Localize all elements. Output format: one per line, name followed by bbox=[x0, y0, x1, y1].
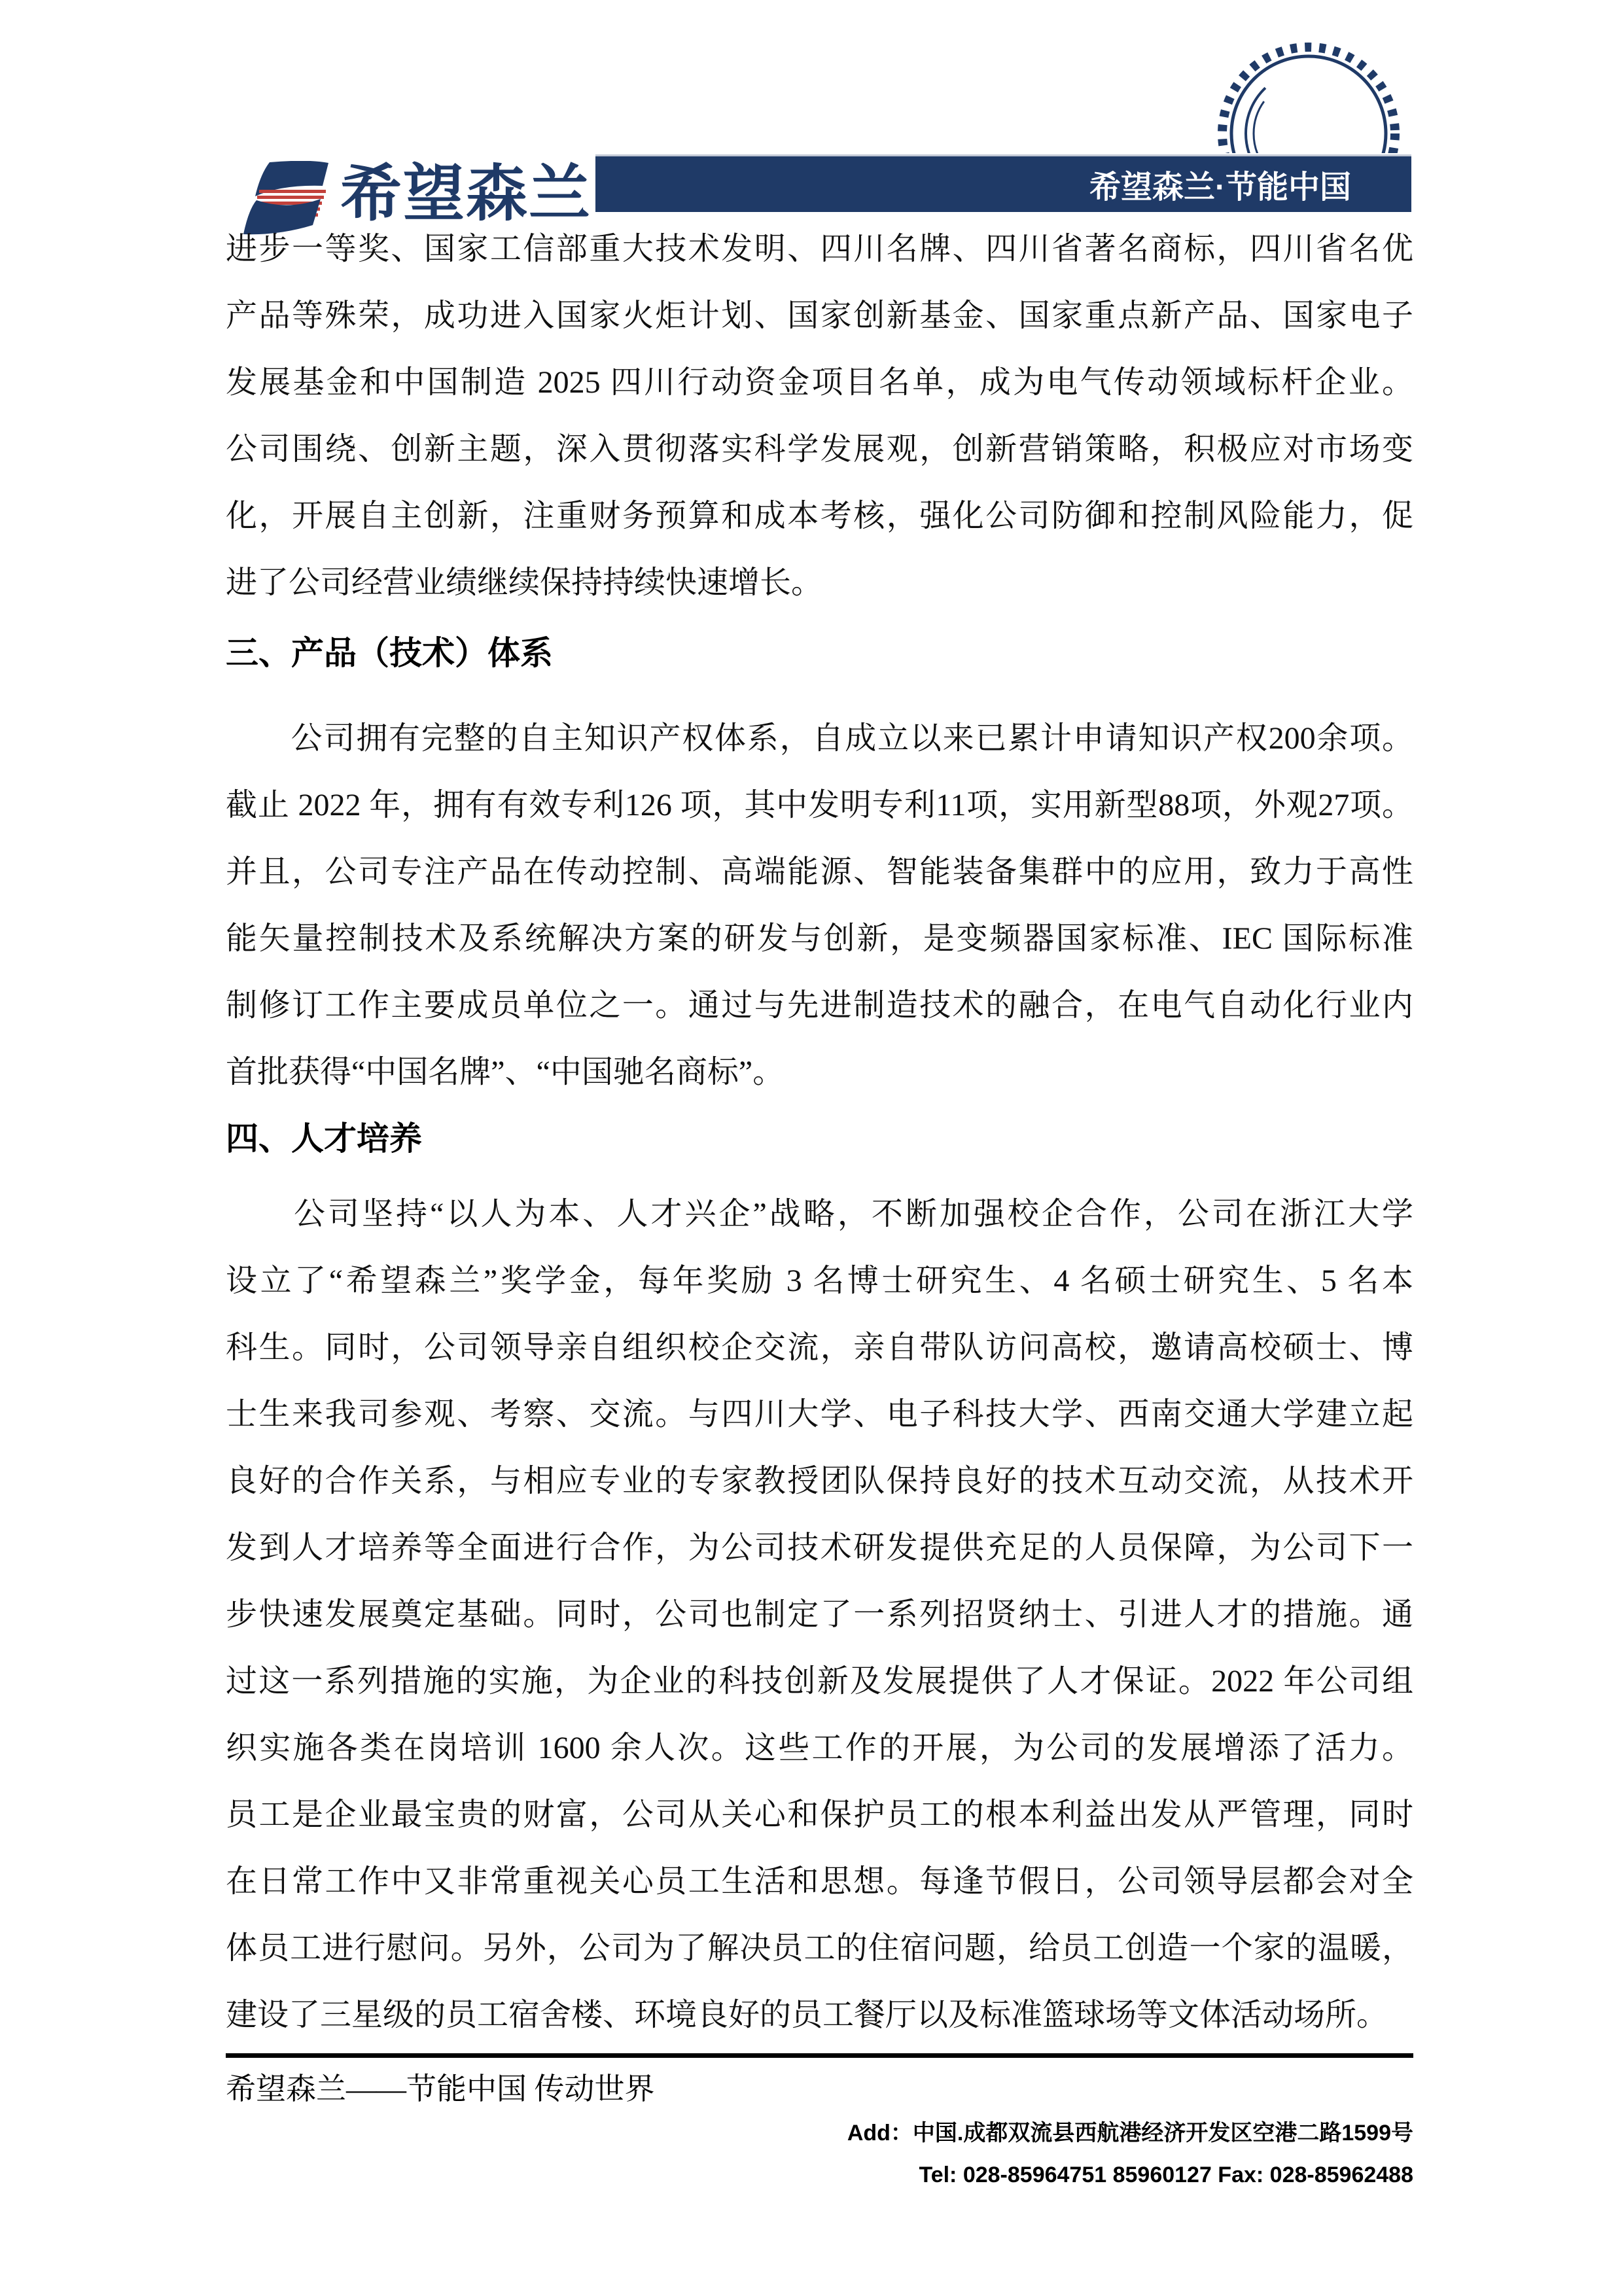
text-line: 设立了“希望森兰”奖学金，每年奖励 3 名博士研究生、4 名硕士研究生、5 名本 bbox=[226, 1248, 1413, 1315]
text-line: 截止 2022 年，拥有有效专利126 项，其中发明专利11项，实用新型88项，… bbox=[226, 772, 1413, 839]
banner-slogan: 希望森兰·节能中国 bbox=[1089, 162, 1411, 207]
text-line: 士生来我司参观、考察、交流。与四川大学、电子科技大学、西南交通大学建立起 bbox=[226, 1381, 1413, 1448]
text-line: 良好的合作关系，与相应专业的专家教授团队保持良好的技术互动交流，从技术开 bbox=[226, 1448, 1413, 1515]
text-line: 产品等殊荣，成功进入国家火炬计划、国家创新基金、国家重点新产品、国家电子 bbox=[226, 283, 1413, 349]
text-line: 进了公司经营业绩继续保持持续快速增长。 bbox=[226, 550, 1413, 616]
text-line: 科生。同时，公司领导亲自组织校企交流，亲自带队访问高校，邀请高校硕士、博 bbox=[226, 1315, 1413, 1381]
text-line: 化，开展自主创新，注重财务预算和成本考核，强化公司防御和控制风险能力，促 bbox=[226, 483, 1413, 550]
section-heading-talent: 四、人才培养 bbox=[226, 1112, 422, 1165]
text-line: 公司拥有完整的自主知识产权体系，自成立以来已累计申请知识产权200余项。 bbox=[226, 705, 1413, 772]
text-line: 步快速发展奠定基础。同时，公司也制定了一系列招贤纳士、引进人才的措施。通 bbox=[226, 1581, 1413, 1648]
text-line: 在日常工作中又非常重视关心员工生活和思想。每逢节假日，公司领导层都会对全 bbox=[226, 1848, 1413, 1915]
gear-icon bbox=[1214, 29, 1403, 153]
text-line: 员工是企业最宝贵的财富，公司从关心和保护员工的根本利益出发从严管理，同时 bbox=[226, 1782, 1413, 1848]
paragraph-talent: 公司坚持“以人为本、人才兴企”战略，不断加强校企合作，公司在浙江大学设立了“希望… bbox=[226, 1181, 1413, 2049]
text-line: 公司围绕、创新主题，深入贯彻落实科学发展观，创新营销策略，积极应对市场变 bbox=[226, 416, 1413, 483]
paragraph-technology: 公司拥有完整的自主知识产权体系，自成立以来已累计申请知识产权200余项。截止 2… bbox=[226, 705, 1413, 1106]
text-line: 织实施各类在岗培训 1600 余人次。这些工作的开展，为公司的发展增添了活力。 bbox=[226, 1715, 1413, 1782]
text-line: 制修订工作主要成员单位之一。通过与先进制造技术的融合，在电气自动化行业内 bbox=[226, 972, 1413, 1039]
header-banner: 希望森兰·节能中国 bbox=[595, 154, 1411, 212]
text-line: 能矢量控制技术及系统解决方案的研发与创新，是变频器国家标准、IEC 国际标准 bbox=[226, 906, 1413, 972]
text-line: 公司坚持“以人为本、人才兴企”战略，不断加强校企合作，公司在浙江大学 bbox=[226, 1181, 1413, 1248]
text-line: 发展基金和中国制造 2025 四川行动资金项目名单，成为电气传动领域标杆企业。 bbox=[226, 349, 1413, 416]
text-line: 进步一等奖、国家工信部重大技术发明、四川名牌、四川省著名商标，四川省名优 bbox=[226, 216, 1413, 283]
footer-slogan: 希望森兰——节能中国 传动世界 bbox=[226, 2066, 655, 2112]
text-line: 首批获得“中国名牌”、“中国驰名商标”。 bbox=[226, 1039, 1413, 1106]
footer-telephone: Tel: 028-85964751 85960127 Fax: 028-8596… bbox=[847, 2154, 1413, 2196]
text-line: 过这一系列措施的实施，为企业的科技创新及发展提供了人才保证。2022 年公司组 bbox=[226, 1648, 1413, 1715]
text-line: 并且，公司专注产品在传动控制、高端能源、智能装备集群中的应用，致力于高性 bbox=[226, 839, 1413, 906]
footer-divider bbox=[226, 2053, 1413, 2058]
text-line: 发到人才培养等全面进行合作，为公司技术研发提供充足的人员保障，为公司下一 bbox=[226, 1515, 1413, 1581]
section-heading-products: 三、产品（技术）体系 bbox=[226, 627, 553, 679]
text-line: 体员工进行慰问。另外，公司为了解决员工的住宿问题，给员工创造一个家的温暖， bbox=[226, 1915, 1413, 1982]
paragraph-awards: 进步一等奖、国家工信部重大技术发明、四川名牌、四川省著名商标，四川省名优产品等殊… bbox=[226, 216, 1413, 616]
footer-contact: Add：中国.成都双流县西航港经济开发区空港二路1599号 Tel: 028-8… bbox=[847, 2112, 1413, 2196]
footer-address: Add：中国.成都双流县西航港经济开发区空港二路1599号 bbox=[847, 2112, 1413, 2154]
document-page: 希望森兰 希望森兰·节能中国 进步一等奖、国家工信部重大技术发明、四川名牌、四川… bbox=[0, 0, 1624, 2296]
text-line: 建设了三星级的员工宿舍楼、环境良好的员工餐厅以及标准篮球场等文体活动场所。 bbox=[226, 1982, 1413, 2049]
